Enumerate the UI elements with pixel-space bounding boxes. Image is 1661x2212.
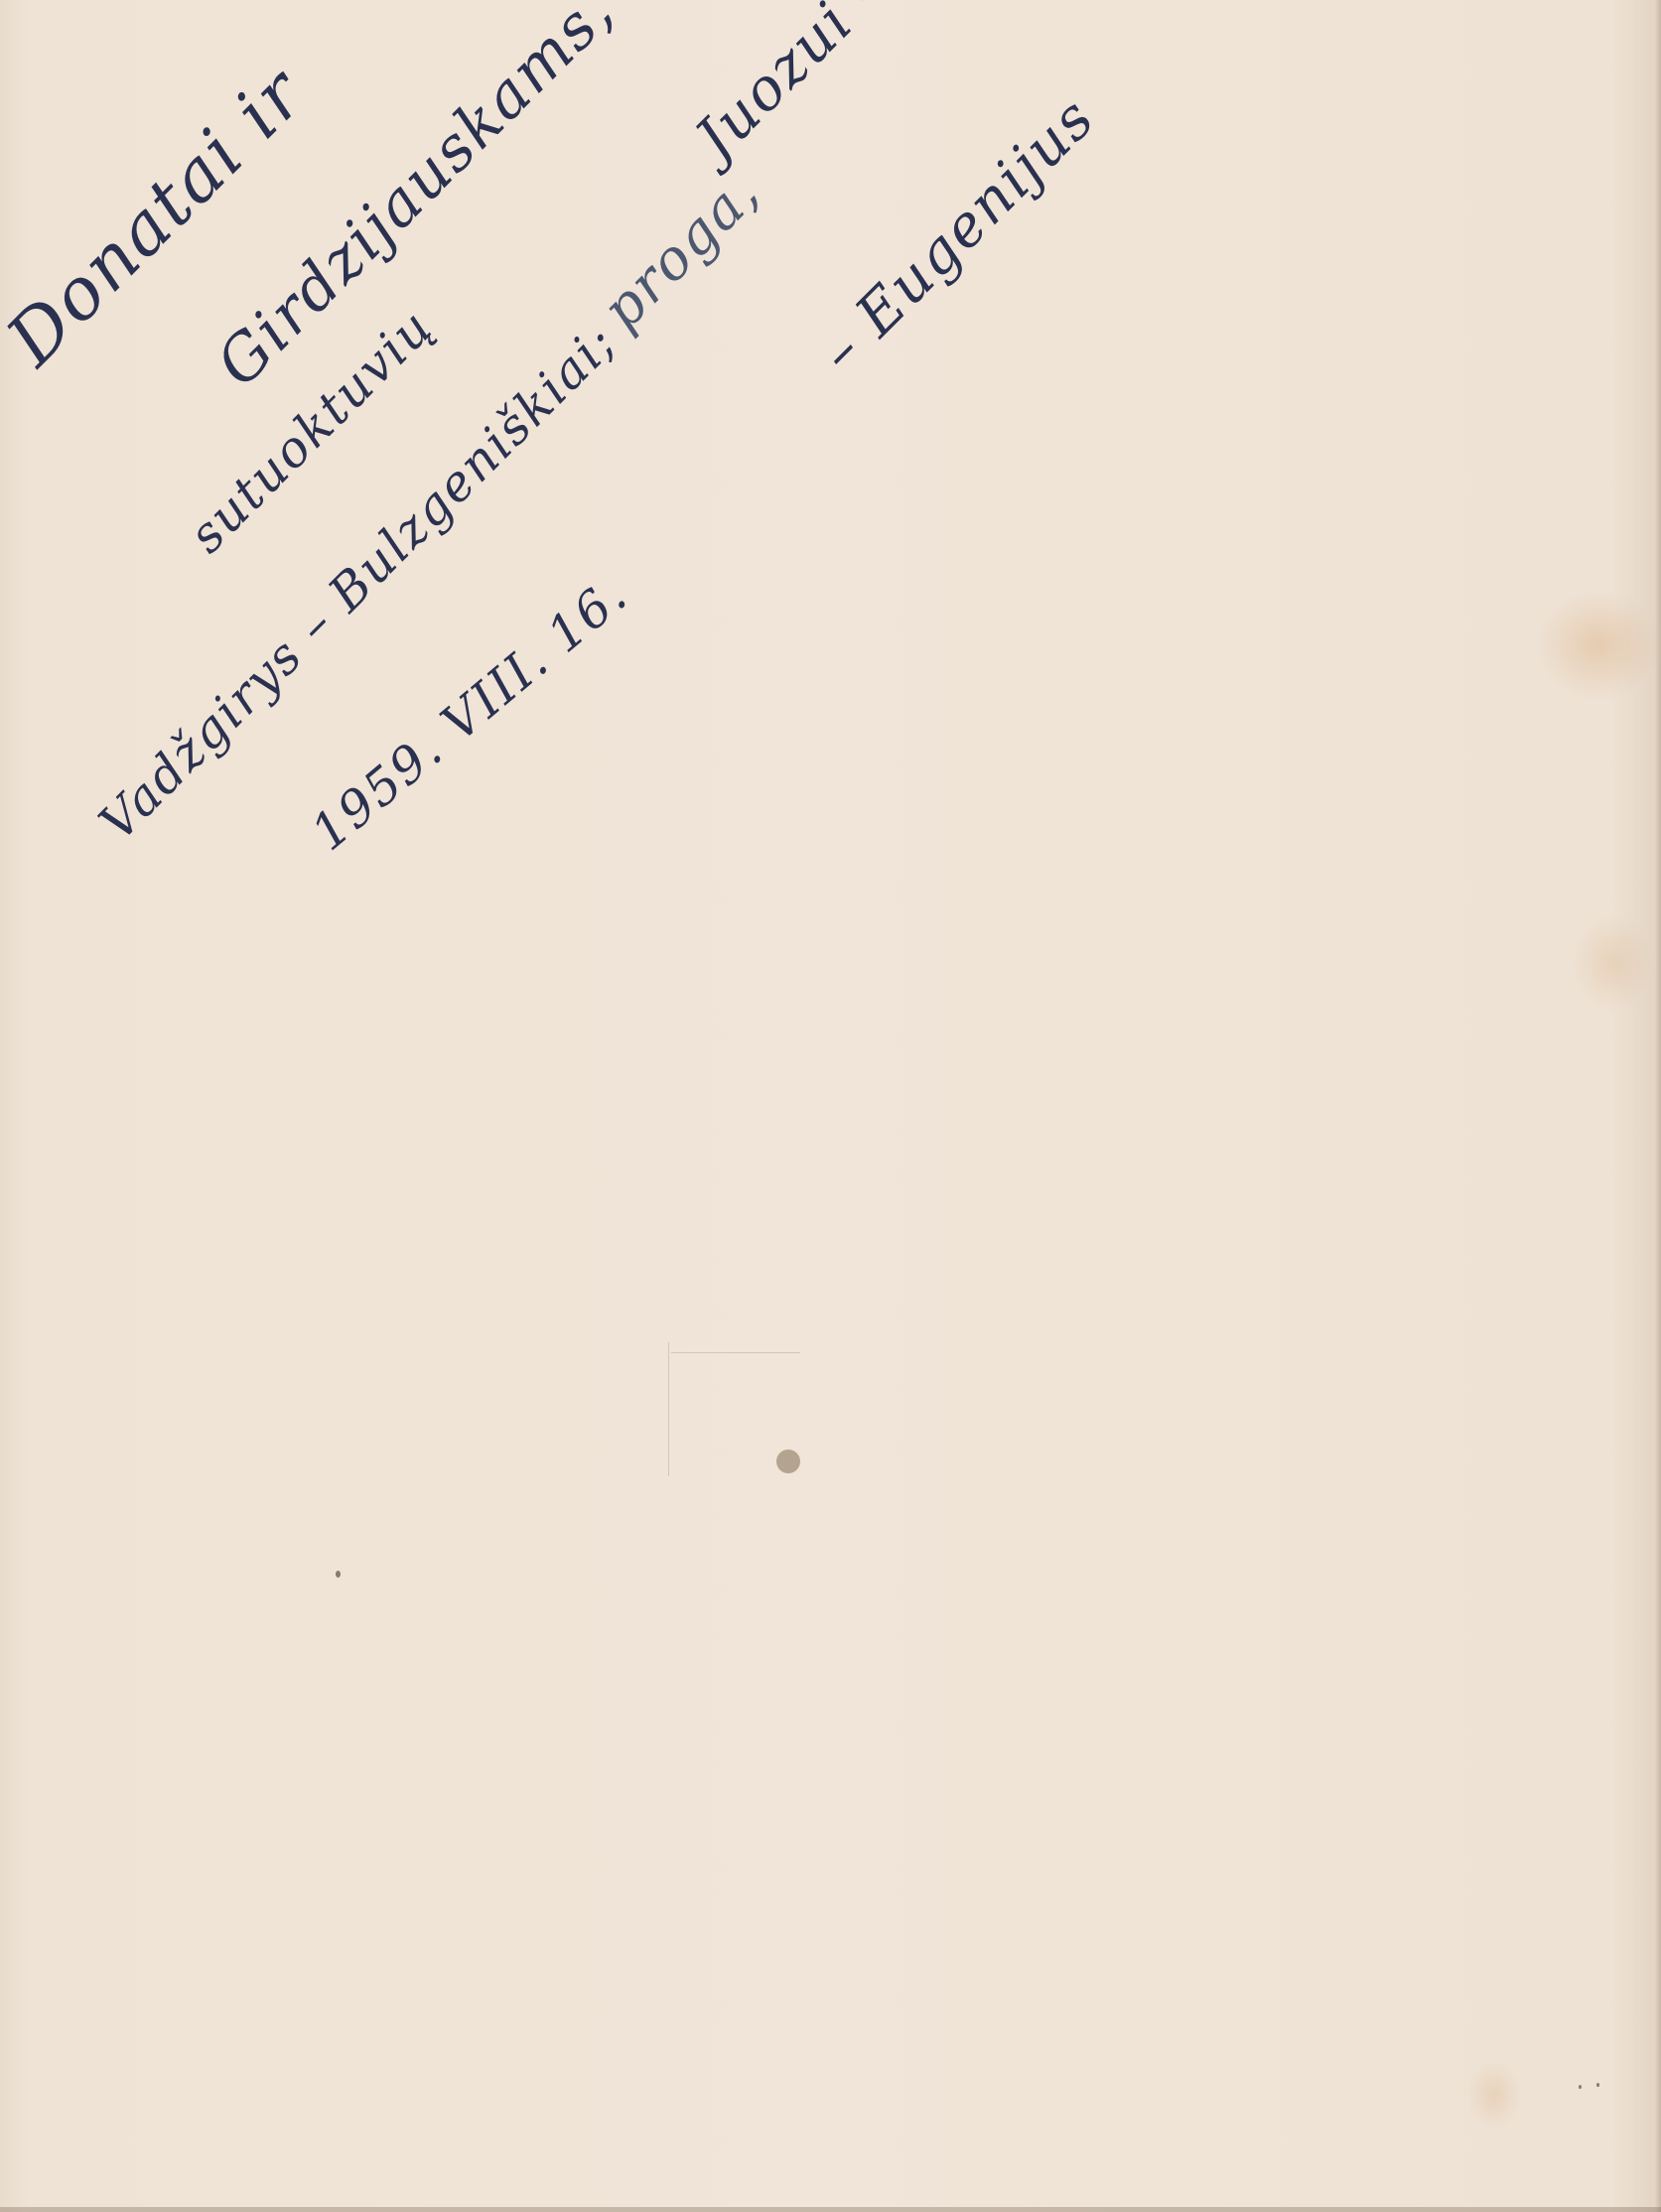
signature: – Eugenijus bbox=[806, 83, 1108, 385]
paper-speck bbox=[336, 1571, 341, 1578]
paper-page: Donatai ir Juozui – Girdzijauskams, sutu… bbox=[0, 0, 1661, 2212]
paper-speck bbox=[1596, 2083, 1599, 2087]
faint-pencil-mark bbox=[671, 1352, 800, 1353]
faint-pencil-mark bbox=[668, 1342, 669, 1476]
paper-stain bbox=[776, 1450, 800, 1473]
page-edge-right bbox=[1655, 0, 1661, 2212]
paper-speck bbox=[1579, 2085, 1582, 2089]
dedication-recipient-second-name: Juozui – bbox=[682, 0, 902, 172]
page-edge-bottom bbox=[0, 2207, 1661, 2212]
dedication-occasion-word: proga, bbox=[590, 160, 772, 343]
